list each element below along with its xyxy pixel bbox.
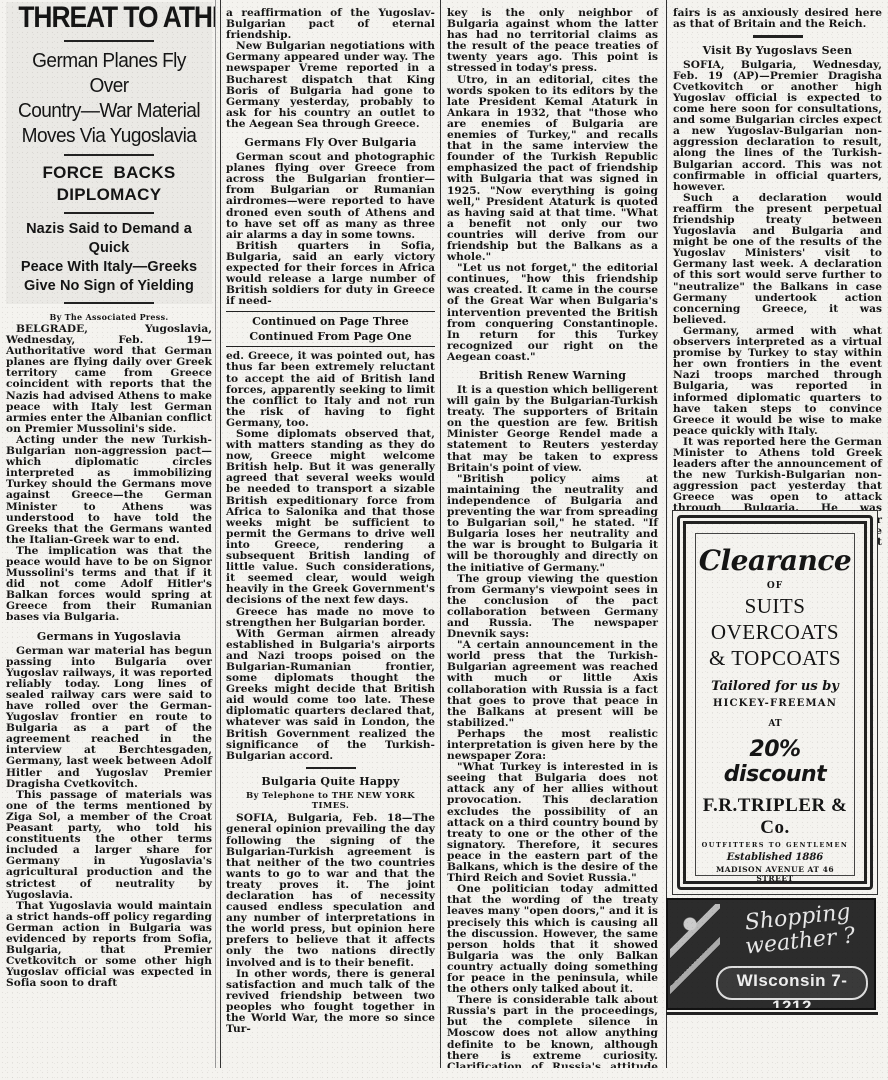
ad-established: Established 1886 xyxy=(696,852,854,863)
article-paragraph: a reaffirmation of the Yugoslav-Bulgaria… xyxy=(226,8,435,41)
deck-line-2: Country—War Material xyxy=(13,98,205,123)
column-1: THREAT TO ATHENS German Planes Fly Over … xyxy=(2,0,216,1068)
article-paragraph: BELGRADE, Yugoslavia, Wednesday, Feb. 19… xyxy=(6,324,212,435)
article-paragraph: British quarters in Sofia, Bulgaria, sai… xyxy=(226,241,435,308)
article-paragraph: SOFIA, Bulgaria, Feb. 18—The general opi… xyxy=(226,813,435,968)
article-paragraph: "British policy aims at maintaining the … xyxy=(447,474,658,574)
article-paragraph: Such a declaration would reaffirm the pr… xyxy=(673,193,882,326)
ad-address: MADISON AVENUE AT 46 STREET xyxy=(696,865,854,883)
subhead: Bulgaria Quite Happy xyxy=(226,775,435,788)
continued-from-label: Continued From Page One xyxy=(226,329,435,344)
article-paragraph: This passage of materials was one of the… xyxy=(6,790,212,901)
article-paragraph: fairs is as anxiously desired here as th… xyxy=(673,8,882,30)
article-paragraph: German scout and photographic planes fly… xyxy=(226,152,435,241)
ad-line-topcoats: & TOPCOATS xyxy=(696,645,854,671)
column-3: key is the only neighbor of Bulgaria aga… xyxy=(440,0,662,1068)
article-paragraph: The group viewing the question from Germ… xyxy=(447,574,658,641)
article-paragraph: New Bulgarian negotiations with Germany … xyxy=(226,41,435,130)
article-paragraph: German war material has begun passing in… xyxy=(6,646,212,790)
article-paragraph: That Yugoslavia would maintain a strict … xyxy=(6,901,212,990)
ad-title: Clearance xyxy=(696,546,854,576)
deck-line-3: Moves Via Yugoslavia xyxy=(13,123,205,148)
ad-at: AT xyxy=(696,719,854,729)
ad-store-name: F.R.TRIPLER & Co. xyxy=(696,795,854,839)
article-paragraph: "A certain announcement in the world pre… xyxy=(447,640,658,729)
article-paragraph: One politician today admitted that the w… xyxy=(447,884,658,995)
divider xyxy=(306,767,356,770)
headline-block: THREAT TO ATHENS German Planes Fly Over … xyxy=(6,2,212,304)
subdeck-line-1: Nazis Said to Demand a Quick xyxy=(6,220,212,258)
ad-of: OF xyxy=(696,581,854,591)
subdeck-line-3: Give No Sign of Yielding xyxy=(6,277,212,296)
subhead: Germans Fly Over Bulgaria xyxy=(226,136,435,149)
article-paragraph: There is considerable talk about Russia'… xyxy=(447,995,658,1068)
divider xyxy=(64,212,154,214)
jump-line-box: Continued on Page Three Continued From P… xyxy=(226,311,435,347)
main-headline: THREAT TO ATHENS xyxy=(18,2,199,34)
ad-maker: HICKEY-FREEMAN xyxy=(696,698,854,709)
ad-content: Clearance OF SUITS OVERCOATS & TOPCOATS … xyxy=(695,533,855,876)
byline: By The Associated Press. xyxy=(6,312,212,322)
ad-outfitters: OUTFITTERS TO GENTLEMEN xyxy=(696,841,854,849)
article-paragraph: "Let us not forget," the editorial conti… xyxy=(447,263,658,363)
article-paragraph: Acting under the new Turkish-Bulgarian n… xyxy=(6,435,212,546)
subdeck-line-2: Peace With Italy—Greeks xyxy=(6,258,212,277)
ad-discount: 20% discount xyxy=(696,737,854,787)
clearance-advertisement: Clearance OF SUITS OVERCOATS & TOPCOATS … xyxy=(672,510,878,895)
shopping-weather-advertisement: Shopping weather ? WIsconsin 7-1212 xyxy=(666,898,876,1010)
subhead: British Renew Warning xyxy=(447,369,658,382)
article-paragraph: With German airmen already established i… xyxy=(226,629,435,762)
article-paragraph: Greece has made no move to strengthen he… xyxy=(226,607,435,629)
deck-caps: FORCE BACKS DIPLOMACY xyxy=(6,162,212,206)
column-2: a reaffirmation of the Yugoslav-Bulgaria… xyxy=(220,0,438,1068)
ad-line-suits: SUITS xyxy=(696,593,854,619)
divider xyxy=(64,154,154,156)
article-paragraph: The implication was that the peace would… xyxy=(6,546,212,624)
subhead: Visit By Yugoslavs Seen xyxy=(673,44,882,57)
article-paragraph: "What Turkey is interested in is seeing … xyxy=(447,762,658,884)
article-paragraph: ed. Greece, it was pointed out, has thus… xyxy=(226,351,435,429)
ad-line-overcoats: OVERCOATS xyxy=(696,619,854,645)
article-paragraph: key is the only neighbor of Bulgaria aga… xyxy=(447,8,658,75)
article-paragraph: Utro, in an editorial, cites the words s… xyxy=(447,75,658,264)
continued-on-link[interactable]: Continued on Page Three xyxy=(226,314,435,329)
divider xyxy=(64,302,154,304)
article-paragraph: SOFIA, Bulgaria, Wednesday, Feb. 19 (AP)… xyxy=(673,60,882,193)
ad-phone-number: WIsconsin 7-1212 xyxy=(716,966,868,1000)
divider xyxy=(666,1012,878,1015)
article-paragraph: It is a question which belligerent will … xyxy=(447,385,658,474)
article-paragraph: In other words, there is general satisfa… xyxy=(226,969,435,1036)
deck-line-1: German Planes Fly Over xyxy=(13,48,205,98)
ad-weather-headline: Shopping weather ? xyxy=(728,899,870,961)
ad-tailored: Tailored for us by xyxy=(696,679,854,694)
article-paragraph: Perhaps the most realistic interpretatio… xyxy=(447,729,658,762)
subhead: Germans in Yugoslavia xyxy=(6,630,212,643)
divider xyxy=(64,40,154,42)
byline: By Telephone to THE NEW YORK TIMES. xyxy=(226,791,435,811)
article-paragraph: Germany, armed with what observers inter… xyxy=(673,326,882,437)
divider xyxy=(753,35,803,38)
article-paragraph: Some diplomats observed that, with matte… xyxy=(226,429,435,607)
newspaper-page: THREAT TO ATHENS German Planes Fly Over … xyxy=(0,0,888,1080)
woman-with-umbrella-illustration xyxy=(670,904,720,1004)
